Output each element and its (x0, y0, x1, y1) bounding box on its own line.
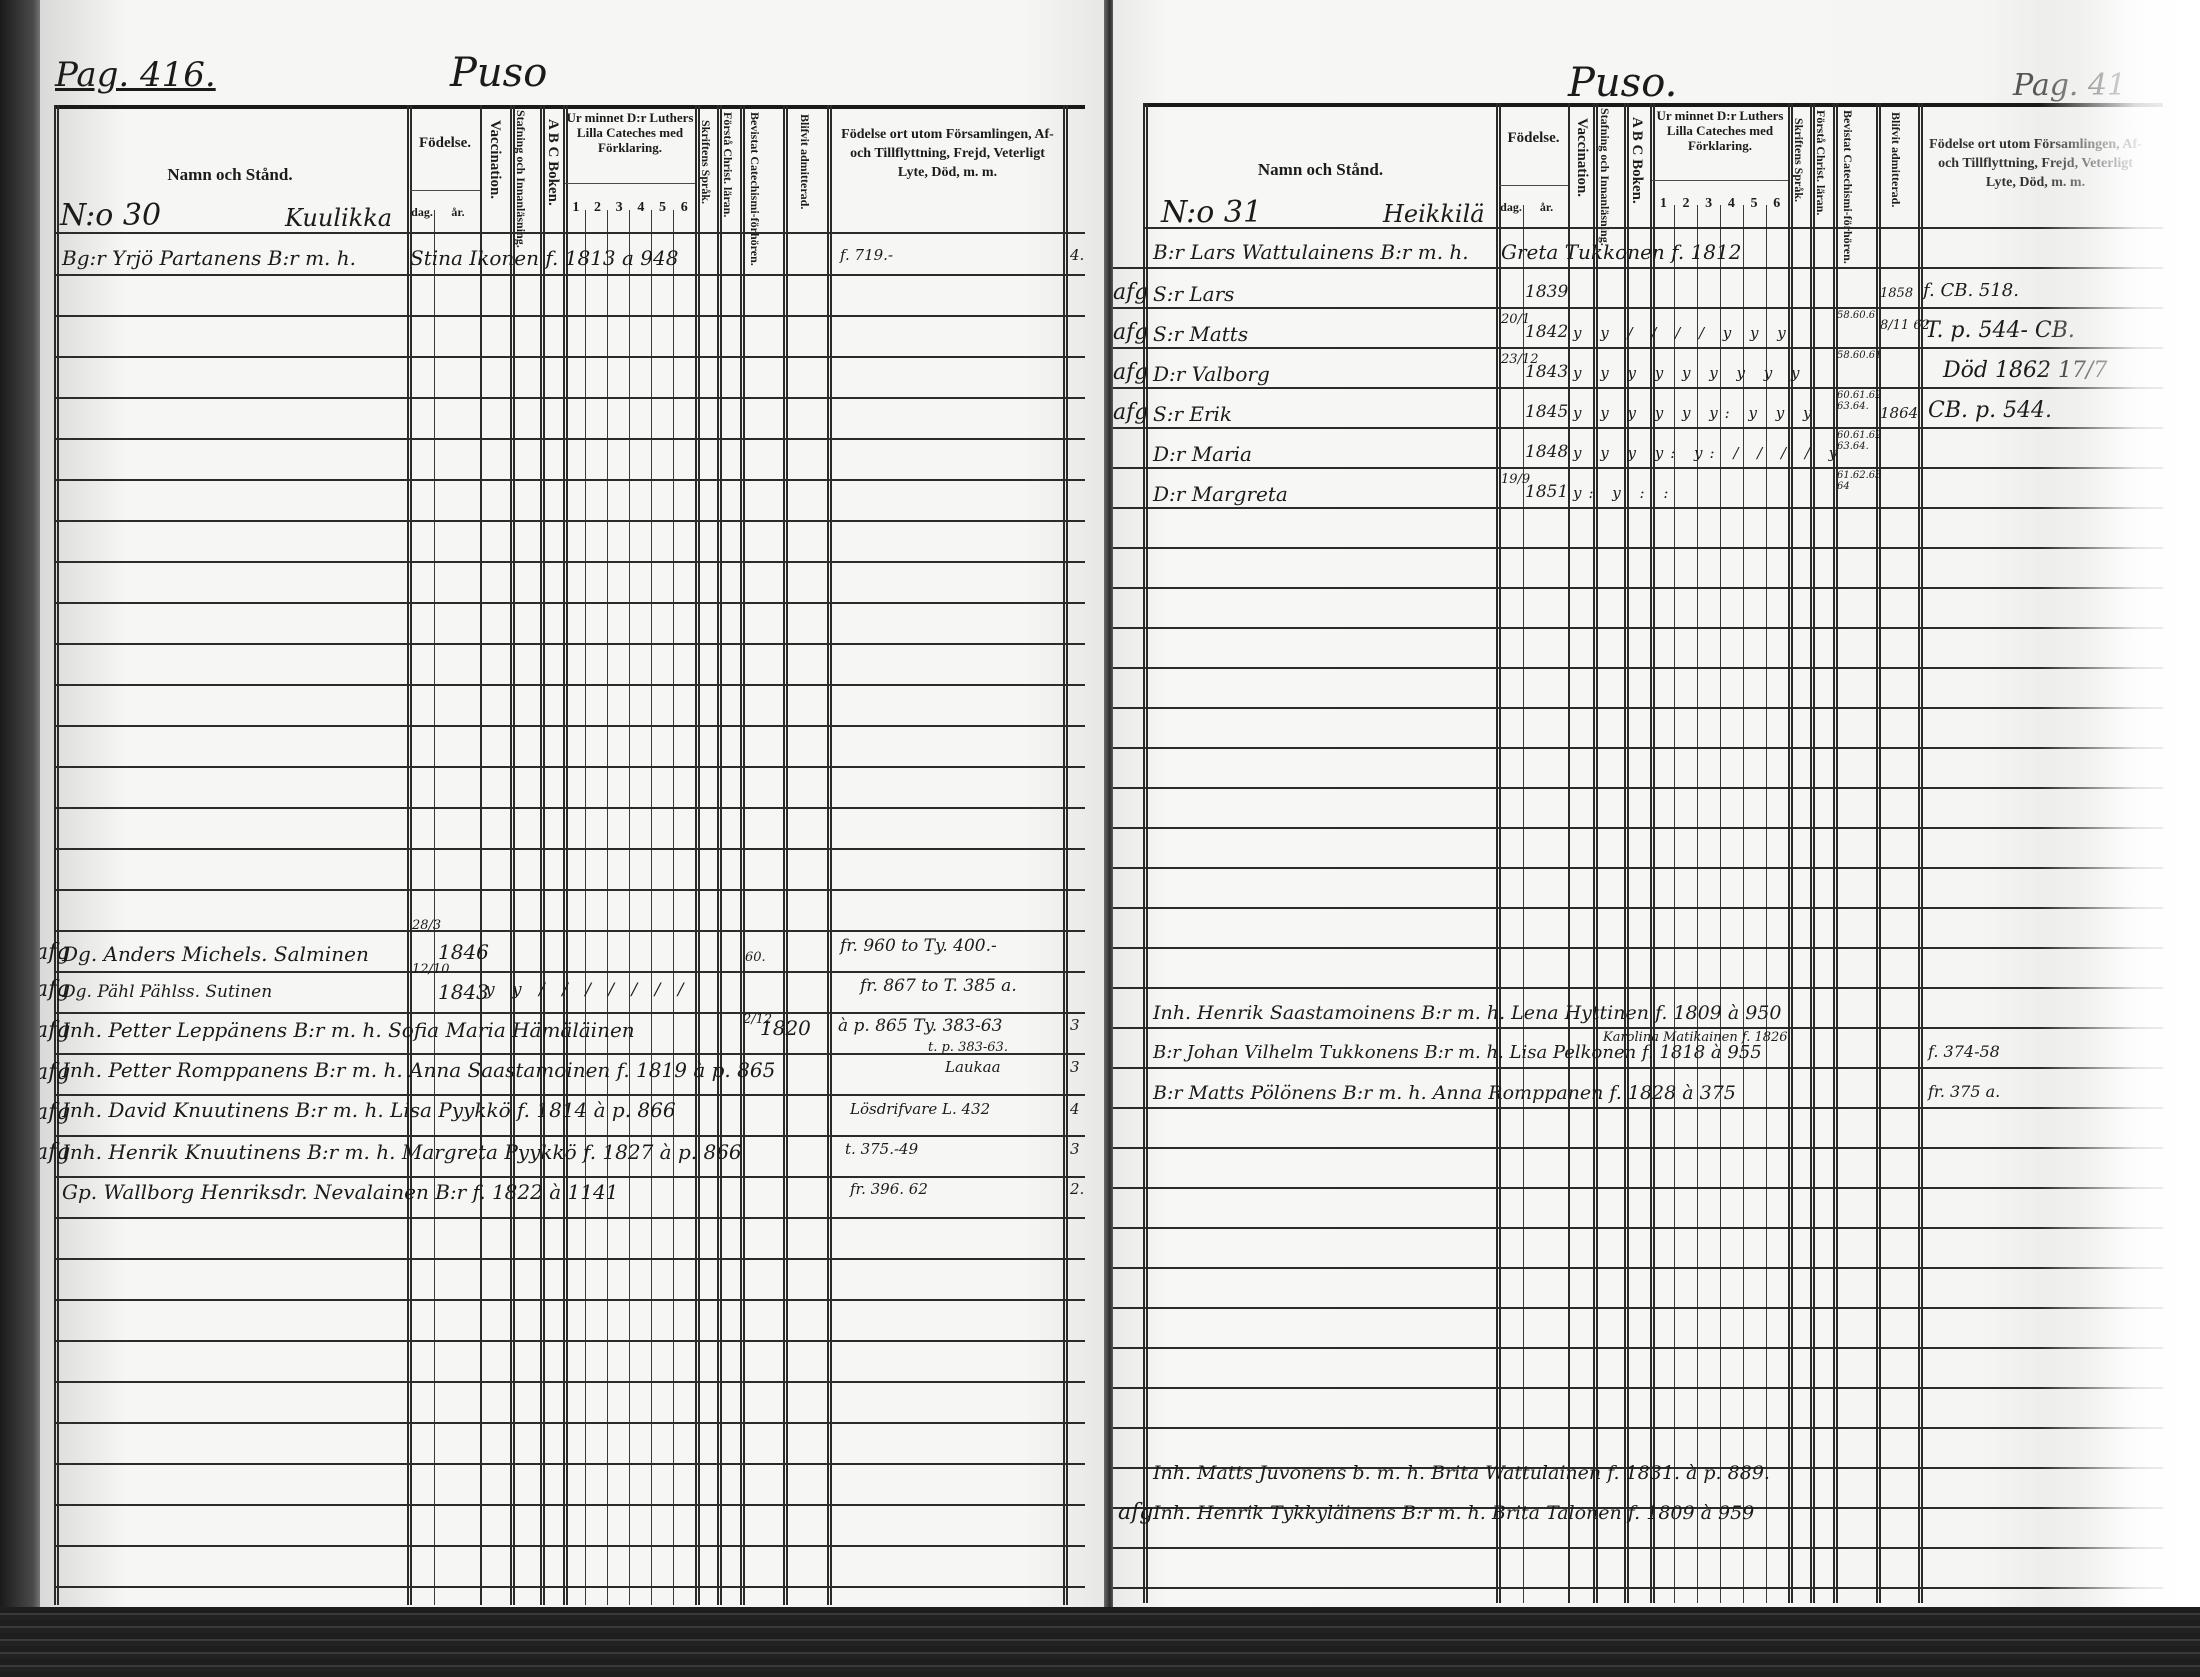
row-rule (1113, 907, 2163, 909)
catechism-part: 3 (1697, 196, 1720, 212)
right-page: Puso. Pag. 41 Namn och Stånd. Födelse. d… (1113, 0, 2200, 1607)
entry-name: Inh. Matts Juvonens b. m. h. Brita Wattu… (1153, 1462, 1770, 1484)
entry-head: Bg:r Yrjö Partanens B:r m. h. (62, 246, 356, 270)
catechism-part: 1 (1652, 196, 1675, 212)
header-catechism-attended: Bevistat Catechismi-förhören. (748, 112, 761, 212)
row-rule (55, 1217, 1085, 1219)
row-rule (55, 1094, 1085, 1096)
entry-attended: 60.61.62 63.64. (1837, 390, 1877, 412)
entry-remarks: f. CB. 518. (1923, 280, 2019, 301)
row-rule (55, 438, 1085, 440)
row-rule (55, 356, 1085, 358)
ruling (1499, 185, 1568, 186)
ruling (565, 183, 695, 184)
row-rule (55, 1012, 1085, 1014)
entry-name: D:r Maria (1153, 442, 1252, 466)
catechism-part: 1 (565, 200, 587, 216)
entry-remarks: Lösdrifvare L. 432 (850, 1100, 990, 1118)
ruling (827, 105, 832, 1605)
entry-marks: y y y y y y y y y (1573, 364, 1806, 382)
entry-count: 4 (1070, 1100, 1080, 1118)
entry-name: Inh. Henrik Tykkyläinens B:r m. h. Brita… (1153, 1502, 1754, 1524)
entry-remarks: f. 374-58 (1928, 1042, 2000, 1061)
entry-name: Inh. David Knuutinens B:r m. h. Lisa Pyy… (62, 1098, 676, 1122)
entry-count: 3 (1070, 1058, 1080, 1076)
row-rule (1113, 987, 2163, 989)
entry-remarks: T. p. 544- CB. (1925, 318, 2075, 343)
row-rule (1113, 1027, 2163, 1029)
row-rule (1113, 1067, 2163, 1069)
row-rule (55, 1176, 1085, 1178)
ruling (629, 210, 630, 1605)
margin-mark: afg (1113, 280, 1148, 305)
entry-day: 28/3 (412, 918, 441, 933)
header-catechism: Ur minnet D:r Luthers Lilla Cateches med… (1652, 108, 1788, 153)
row-rule (55, 1135, 1085, 1137)
ruling (1063, 105, 1068, 1605)
ruling (1833, 103, 1838, 1603)
ruling (1496, 103, 1501, 1603)
ruling (1523, 205, 1524, 1603)
entry-admitted: 8/11 62 (1880, 318, 1930, 333)
entry-year: 1843 (1525, 362, 1568, 382)
catechism-part: 6 (1765, 196, 1788, 212)
header-name: Namn och Stånd. (1148, 160, 1493, 180)
entry-day: 12/10 (412, 962, 449, 977)
entry-head-cont: Stina Ikonen f. 1813 a 948 (410, 246, 678, 270)
header-scripture: Skriftens Språk. (699, 112, 712, 212)
row-rule (55, 520, 1085, 522)
ruling (1652, 180, 1788, 181)
header-remarks: Födelse ort utom Församlingen, Af- och T… (835, 125, 1060, 182)
entry-remarks: fr. 396. 62 (850, 1180, 928, 1198)
household-number: N:o 30 (60, 198, 161, 233)
row-rule (55, 1340, 1085, 1342)
entry-remarks: fr. 867 to T. 385 a. (860, 976, 1017, 996)
header-birth: Födelse. (1499, 130, 1568, 147)
ruling (740, 105, 745, 1605)
row-rule (1113, 1107, 2163, 1109)
row-rule (1113, 1587, 2163, 1589)
header-abc: A B C Boken. (544, 112, 561, 212)
ruling (607, 210, 608, 1605)
entry-head-cont: Greta Tukkonen f. 1812 (1501, 240, 1741, 264)
entry-name: Inh. Petter Romppanens B:r m. h. Anna Sa… (62, 1058, 775, 1082)
header-birth-day: dag. (410, 205, 434, 220)
entry-marks: y y / / / / y y y (1573, 324, 1793, 342)
row-rule (55, 725, 1085, 727)
catechism-part: 2 (587, 200, 609, 216)
row-rule (1113, 667, 2163, 669)
row-rule (1113, 347, 2163, 349)
header-vaccination: Vaccination. (1573, 110, 1590, 205)
row-rule (55, 807, 1085, 809)
margin-mark: afg (1118, 1500, 1153, 1525)
entry-marks: y: y : : (1573, 484, 1675, 502)
ruling (695, 105, 700, 1605)
margin-mark: afg (1113, 400, 1148, 425)
row-rule (55, 1422, 1085, 1424)
header-birth-year: år. (1525, 200, 1568, 215)
row-rule (1113, 1227, 2163, 1229)
entry-attended: 58.60.6 (1837, 310, 1875, 321)
catechism-part: 6 (673, 200, 695, 216)
row-rule (55, 848, 1085, 850)
header-catechism-attended: Bevistat Catechismi-förhören. (1841, 110, 1854, 210)
scan-bottom-band (0, 1607, 2200, 1677)
entry-remarks: Laukaa (945, 1058, 1001, 1076)
farm-name: Kuulikka (285, 204, 392, 232)
header-vaccination: Vaccination. (486, 112, 503, 207)
ruling (651, 210, 652, 1605)
row-rule (1113, 827, 2163, 829)
row-rule (1113, 1147, 2163, 1149)
ruling (1810, 103, 1815, 1603)
entry-year: 1846 (438, 940, 489, 964)
ruling (540, 105, 545, 1605)
row-rule (1113, 1427, 2163, 1429)
ruling (673, 210, 674, 1605)
row-rule (1113, 1347, 2163, 1349)
row-rule (1113, 1267, 2163, 1269)
table-top-rule (55, 105, 1085, 109)
header-spelling: Stafning och Innanläsning. (1598, 108, 1611, 218)
row-rule (1113, 1307, 2163, 1309)
row-rule (55, 971, 1085, 973)
header-bottom-rule (55, 232, 1085, 234)
row-rule (55, 1545, 1085, 1547)
row-rule (1113, 747, 2163, 749)
row-rule (55, 766, 1085, 768)
entry-year: 1820 (760, 1016, 811, 1040)
catechism-part-numbers: 1 2 3 4 5 6 (1652, 196, 1788, 212)
header-christian-doctrine: Förstå Christ. läran. (1814, 110, 1827, 210)
household-number: N:o 31 (1161, 195, 1262, 230)
catechism-part: 2 (1675, 196, 1698, 212)
entry-head: B:r Lars Wattulainens B:r m. h. (1153, 240, 1469, 264)
entry-name: D:r Margreta (1153, 482, 1288, 506)
row-rule (55, 930, 1085, 932)
page-label: Pag. 416. (55, 55, 216, 95)
entry-name: Inh. Henrik Knuutinens B:r m. h. Margret… (62, 1140, 742, 1164)
row-rule (55, 602, 1085, 604)
entry-remarks: à p. 865 Ty. 383-63 (838, 1016, 1002, 1036)
row-rule (55, 1381, 1085, 1383)
row-rule (55, 643, 1085, 645)
entry-name: Gp. Wallborg Henriksdr. Nevalainen B:r f… (62, 1180, 618, 1204)
entry-remarks: f. 719.- (840, 246, 893, 264)
ruling (510, 105, 515, 1605)
catechism-part: 5 (1743, 196, 1766, 212)
entry-marks: y y / / / / / / / (485, 980, 690, 1000)
row-rule (55, 315, 1085, 317)
row-rule (55, 1258, 1085, 1260)
catechism-part: 4 (1720, 196, 1743, 212)
row-rule (1113, 627, 2163, 629)
entry-name: B:r Johan Vilhelm Tukkonens B:r m. h. Li… (1153, 1042, 1762, 1063)
row-rule (1113, 707, 2163, 709)
row-rule (1113, 1187, 2163, 1189)
row-rule (1113, 387, 2163, 389)
entry-name: B:r Matts Pölönens B:r m. h. Anna Romppa… (1153, 1082, 1736, 1104)
entry-name: S:r Lars (1153, 282, 1234, 306)
entry-admitted: 1864 (1880, 404, 1918, 422)
page-label: Pag. 41 (2013, 68, 2126, 103)
header-admitted: Blifvit admitterad. (798, 112, 811, 212)
catechism-part-numbers: 1 2 3 4 5 6 (565, 200, 695, 216)
entry-remarks: fr. 375 a. (1928, 1082, 2000, 1101)
header-name: Namn och Stånd. (60, 165, 400, 185)
entry-marks: y y y y: y: / / / / y (1573, 444, 1844, 462)
ruling (717, 105, 722, 1605)
entry-remarks: fr. 960 to Ty. 400.- (840, 936, 997, 956)
entry-marks: y y y y y y: y y y (1573, 404, 1818, 422)
catechism-part: 5 (652, 200, 674, 216)
row-rule (1113, 507, 2163, 509)
entry-name: D:r Valborg (1153, 362, 1270, 386)
header-birth-year: år. (436, 205, 480, 220)
entry-year: 1843 (438, 980, 489, 1004)
entry-remarks-2: t. p. 383-63. (928, 1040, 1008, 1055)
row-rule (1113, 947, 2163, 949)
entry-attended: 58.60.61 (1837, 350, 1882, 361)
row-rule (1113, 467, 2163, 469)
entry-attended: 60. (745, 950, 766, 965)
entry-admitted: 1858 (1880, 286, 1913, 301)
ruling (1568, 103, 1570, 1603)
parish-name: Puso. (1568, 60, 1677, 106)
farm-name: Heikkilä (1383, 200, 1485, 228)
entry-count: 2. (1070, 1180, 1084, 1198)
margin-mark: afg (1113, 320, 1148, 345)
ruling (480, 105, 482, 1605)
row-rule (1113, 1387, 2163, 1389)
entry-count: 3 (1070, 1016, 1080, 1034)
catechism-part: 3 (608, 200, 630, 216)
header-bottom-rule (1143, 227, 2163, 229)
entry-year: 1842 (1525, 322, 1568, 342)
row-rule (55, 479, 1085, 481)
entry-attended: 60.61.62 63.64. (1837, 430, 1877, 452)
entry-count: 3 (1070, 1140, 1080, 1158)
margin-mark: afg (1113, 360, 1148, 385)
row-rule (55, 889, 1085, 891)
entry-name: S:r Matts (1153, 322, 1248, 346)
ruling (563, 105, 568, 1605)
entry-name: Dg. Pähl Pählss. Sutinen (62, 982, 272, 1002)
entry-name: Dg. Anders Michels. Salminen (62, 942, 369, 966)
row-rule (55, 397, 1085, 399)
row-rule (55, 1586, 1085, 1588)
header-scripture: Skriftens Språk. (1792, 110, 1805, 210)
row-rule (55, 561, 1085, 563)
row-rule (1113, 427, 2163, 429)
entry-year: 1839 (1525, 282, 1568, 302)
row-rule (1113, 307, 2163, 309)
header-abc: A B C Boken. (1628, 110, 1645, 210)
header-birth-day: dag. (1499, 200, 1523, 215)
entry-count: 4. (1070, 246, 1084, 264)
header-catechism: Ur minnet D:r Luthers Lilla Cateches med… (565, 110, 695, 155)
catechism-part: 4 (630, 200, 652, 216)
row-rule (1113, 547, 2163, 549)
header-remarks: Födelse ort utom Församlingen, Af- och T… (1923, 135, 2148, 192)
header-christian-doctrine: Förstå Christ. läran. (721, 112, 734, 212)
entry-attended: 61.62.63 64 (1837, 470, 1877, 492)
left-page: Pag. 416. Puso Namn och Stånd. Födelse. … (40, 0, 1110, 1607)
row-rule (55, 1504, 1085, 1506)
row-rule (1113, 587, 2163, 589)
row-rule (55, 684, 1085, 686)
row-rule (1113, 267, 2163, 269)
entry-name: Inh. Henrik Saastamoinens B:r m. h. Lena… (1153, 1002, 1781, 1024)
entry-remarks: CB. p. 544. (1928, 398, 2052, 423)
ruling (407, 105, 412, 1605)
entry-year: 1851 (1525, 482, 1568, 502)
header-spelling: Stafning och Innanläsning. (514, 110, 527, 220)
row-rule (1113, 787, 2163, 789)
ruling (434, 210, 435, 1605)
entry-year: 1845 (1525, 402, 1568, 422)
row-rule (55, 274, 1085, 276)
entry-year: 1848 (1525, 442, 1568, 462)
ruling (585, 210, 586, 1605)
ruling (410, 190, 480, 191)
entry-remarks: t. 375.-49 (845, 1140, 918, 1158)
row-rule (55, 1463, 1085, 1465)
ruling (783, 105, 788, 1605)
parish-name: Puso (450, 50, 547, 96)
row-rule (1113, 1547, 2163, 1549)
header-birth: Födelse. (410, 135, 480, 152)
row-rule (1113, 867, 2163, 869)
entry-remarks: Död 1862 17/7 (1943, 358, 2107, 383)
header-admitted: Blifvit admitterad. (1889, 110, 1902, 210)
row-rule (55, 1299, 1085, 1301)
entry-name: S:r Erik (1153, 402, 1232, 426)
entry-name: Inh. Petter Leppänens B:r m. h. Sofia Ma… (62, 1018, 635, 1042)
ruling (54, 105, 59, 1605)
